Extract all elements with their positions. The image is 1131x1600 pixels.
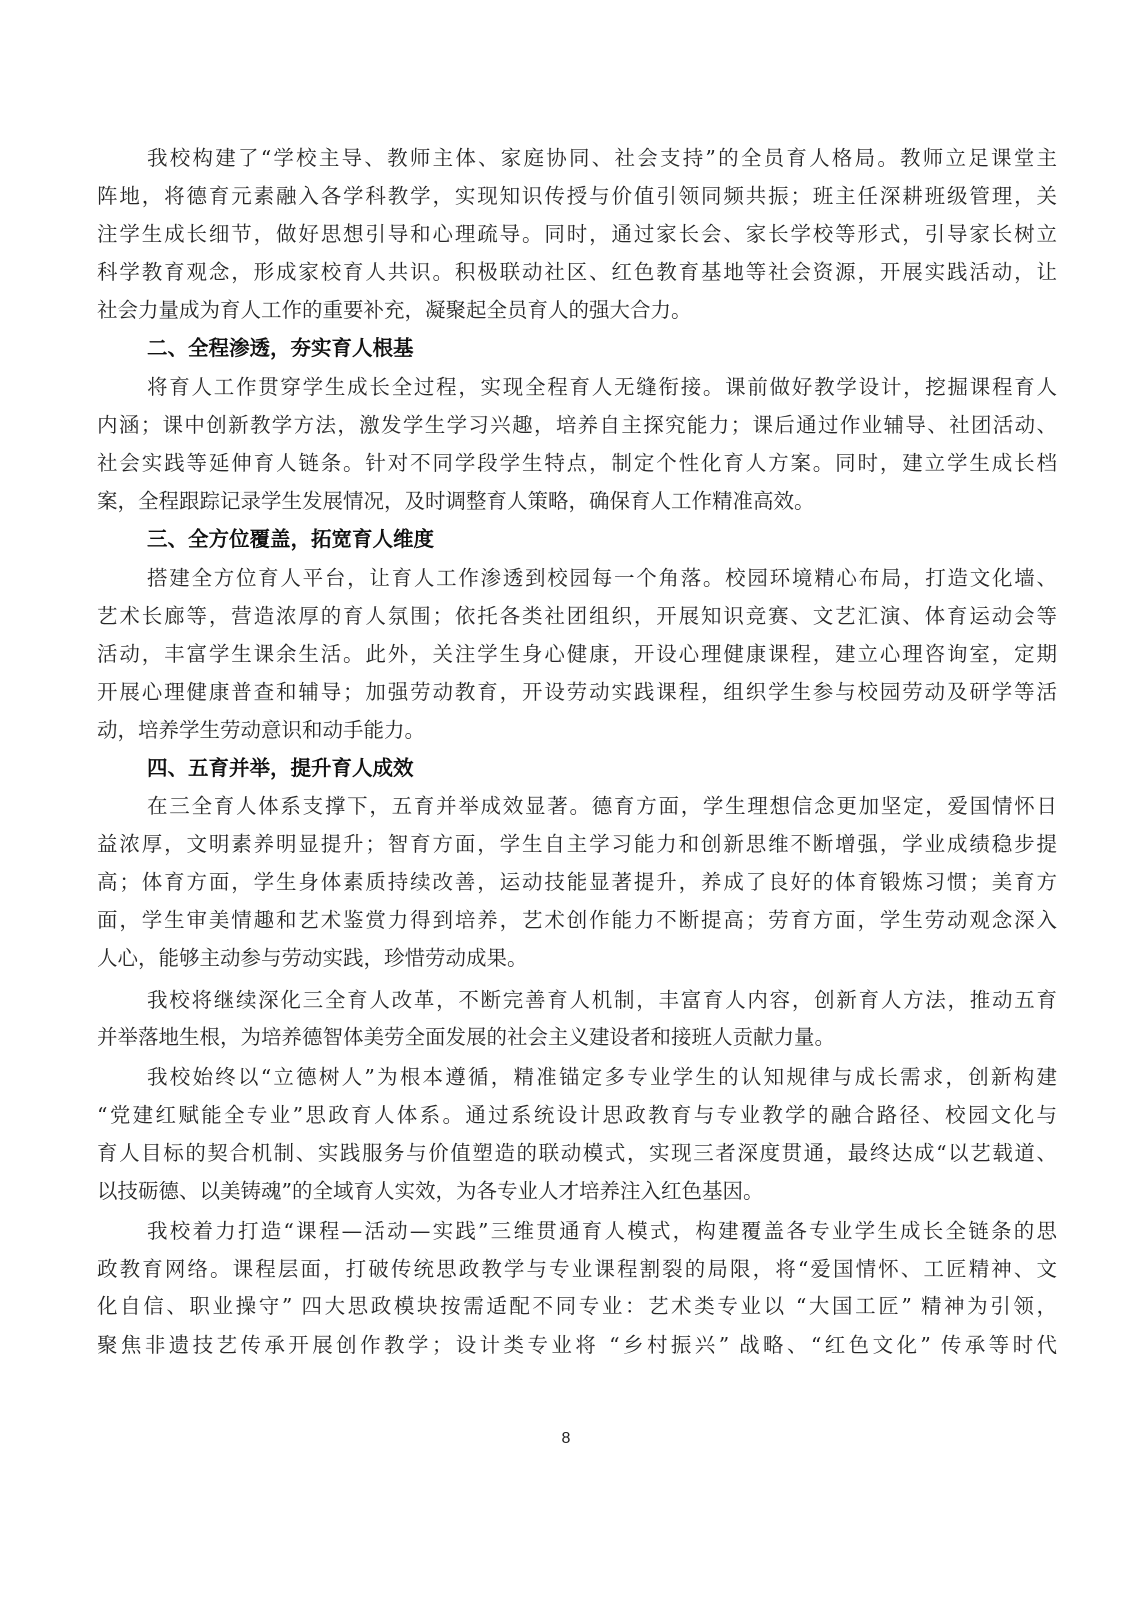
- paragraph-5-line-2: 并举落地生根，为培养德智体美劳全面发展的社会主义建设者和接班人贡献力量。: [97, 1022, 1057, 1052]
- paragraph-1-line-2: 阵地，将德育元素融入各学科教学，实现知识传授与价值引领同频共振；班主任深耕班级管…: [97, 181, 1057, 211]
- paragraph-6-line-1: 我校始终以“立德树人”为根本遵循，精准锚定多专业学生的认知规律与成长需求，创新构…: [147, 1062, 1057, 1092]
- paragraph-3-line-1: 搭建全方位育人平台，让育人工作渗透到校园每一个角落。校园环境精心布局，打造文化墙…: [147, 563, 1057, 593]
- paragraph-2-line-2: 内涵；课中创新教学方法，激发学生学习兴趣，培养自主探究能力；课后通过作业辅导、社…: [97, 410, 1057, 440]
- paragraph-3-line-2: 艺术长廊等，营造浓厚的育人氛围；依托各类社团组织，开展知识竞赛、文艺汇演、体育运…: [97, 601, 1057, 631]
- document-page: 我校构建了“学校主导、教师主体、家庭协同、社会支持”的全员育人格局。教师立足课堂…: [0, 0, 1131, 1600]
- paragraph-3-line-4: 开展心理健康普查和辅导；加强劳动教育，开设劳动实践课程，组织学生参与校园劳动及研…: [97, 677, 1057, 707]
- paragraph-3-line-3: 活动，丰富学生课余生活。此外，关注学生身心健康，开设心理健康课程，建立心理咨询室…: [97, 639, 1057, 669]
- paragraph-6-line-3: 育人目标的契合机制、实践服务与价值塑造的联动模式，实现三者深度贯通，最终达成“以…: [97, 1138, 1057, 1168]
- paragraph-3-line-5: 动，培养学生劳动意识和动手能力。: [97, 715, 1057, 745]
- paragraph-1-line-1: 我校构建了“学校主导、教师主体、家庭协同、社会支持”的全员育人格局。教师立足课堂…: [147, 143, 1057, 173]
- page-number: 8: [556, 1430, 576, 1448]
- paragraph-2-line-3: 社会实践等延伸育人链条。针对不同学段学生特点，制定个性化育人方案。同时，建立学生…: [97, 448, 1057, 478]
- paragraph-5-line-1: 我校将继续深化三全育人改革，不断完善育人机制，丰富育人内容，创新育人方法，推动五…: [147, 985, 1057, 1015]
- paragraph-7-line-2: 政教育网络。课程层面，打破传统思政教学与专业课程割裂的局限，将“爱国情怀、工匠精…: [97, 1254, 1057, 1284]
- paragraph-1-line-3: 注学生成长细节，做好思想引导和心理疏导。同时，通过家长会、家长学校等形式，引导家…: [97, 219, 1057, 249]
- paragraph-2-line-1: 将育人工作贯穿学生成长全过程，实现全程育人无缝衔接。课前做好教学设计，挖掘课程育…: [147, 372, 1057, 402]
- paragraph-2-line-4: 案，全程跟踪记录学生发展情况，及时调整育人策略，确保育人工作精准高效。: [97, 486, 1057, 516]
- paragraph-1-line-5: 社会力量成为育人工作的重要补充，凝聚起全员育人的强大合力。: [97, 295, 1057, 325]
- paragraph-7-line-1: 我校着力打造“课程—活动—实践”三维贯通育人模式，构建覆盖各专业学生成长全链条的…: [147, 1216, 1057, 1246]
- section-heading-4: 四、五育并举，提升育人成效: [147, 753, 414, 783]
- paragraph-4-line-3: 高；体育方面，学生身体素质持续改善，运动技能显著提升，养成了良好的体育锻炼习惯；…: [97, 867, 1057, 897]
- paragraph-4-line-1: 在三全育人体系支撑下，五育并举成效显著。德育方面，学生理想信念更加坚定，爱国情怀…: [147, 791, 1057, 821]
- paragraph-4-line-2: 益浓厚，文明素养明显提升；智育方面，学生自主学习能力和创新思维不断增强，学业成绩…: [97, 829, 1057, 859]
- section-heading-3: 三、全方位覆盖，拓宽育人维度: [147, 524, 434, 554]
- paragraph-4-line-5: 人心，能够主动参与劳动实践，珍惜劳动成果。: [97, 943, 1057, 973]
- section-heading-2: 二、全程渗透，夯实育人根基: [147, 333, 414, 363]
- paragraph-4-line-4: 面，学生审美情趣和艺术鉴赏力得到培养，艺术创作能力不断提高；劳育方面，学生劳动观…: [97, 905, 1057, 935]
- paragraph-1-line-4: 科学教育观念，形成家校育人共识。积极联动社区、红色教育基地等社会资源，开展实践活…: [97, 257, 1057, 287]
- paragraph-6-line-2: “党建红赋能全专业”思政育人体系。通过系统设计思政教育与专业教学的融合路径、校园…: [97, 1100, 1057, 1130]
- paragraph-7-line-3: 化自信、职业操守” 四大思政模块按需适配不同专业：艺术类专业以 “大国工匠” 精…: [97, 1291, 1057, 1321]
- paragraph-6-line-4: 以技砺德、以美铸魂”的全域育人实效，为各专业人才培养注入红色基因。: [97, 1176, 1057, 1206]
- paragraph-7-line-4: 聚焦非遗技艺传承开展创作教学；设计类专业将 “乡村振兴” 战略、“红色文化” 传…: [97, 1330, 1057, 1360]
